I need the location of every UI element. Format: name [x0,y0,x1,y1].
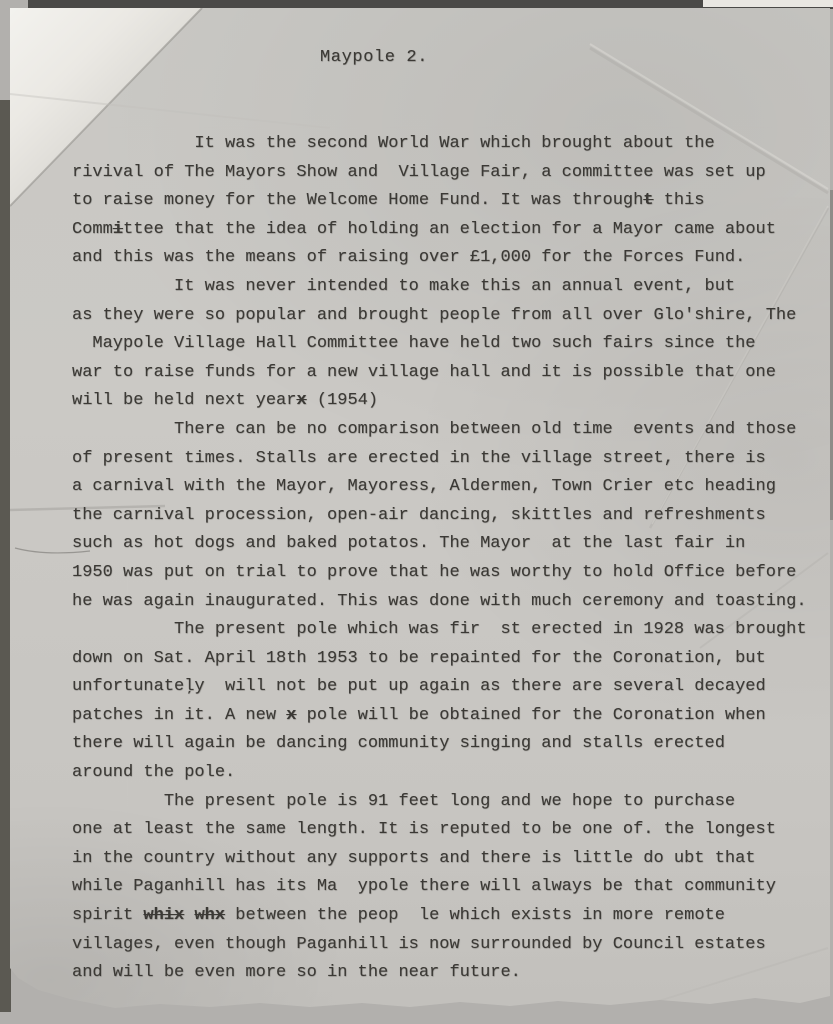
page-title: Maypole 2. [320,48,428,67]
text-line: and will be even more so in the near fut… [72,959,807,988]
text-line: unfortunateļy will not be put up again a… [72,673,807,702]
text-line: patches in it. A new x pole will be obta… [72,702,807,731]
text-line: rivival of The Mayors Show and Village F… [72,159,807,188]
text-line: he was again inaugurated. This was done … [72,588,807,617]
text-line: 1950 was put on trial to prove that he w… [72,559,807,588]
text-line: It was never intended to make this an an… [72,273,807,302]
paper-sheet: Maypole 2. It was the second World War w… [10,8,830,1010]
text-line: The present pole which was fir st erecte… [72,616,807,645]
text-line: a carnival with the Mayor, Mayoress, Ald… [72,473,807,502]
paper-edge-sliver [703,0,833,7]
text-line: will be held next yearx (1954) [72,387,807,416]
text-line: Committee that the idea of holding an el… [72,216,807,245]
text-line: such as hot dogs and baked potatos. The … [72,530,807,559]
scanned-document-page: Maypole 2. It was the second World War w… [0,0,833,1024]
scanner-edge-left [0,100,11,1012]
text-line: there will again be dancing community si… [72,730,807,759]
text-line: while Paganhill has its Ma ypole there w… [72,873,807,902]
text-line: the carnival procession, open-air dancin… [72,502,807,531]
text-line: villages, even though Paganhill is now s… [72,931,807,960]
typewritten-text: It was the second World War which brough… [72,130,807,988]
text-line: Maypole Village Hall Committee have held… [72,330,807,359]
text-line: in the country without any supports and … [72,845,807,874]
text-line: war to raise funds for a new village hal… [72,359,807,388]
text-line: of present times. Stalls are erected in … [72,445,807,474]
overstruck-text: i [113,220,123,239]
overstruck-text: whix [143,906,184,925]
text-line: and this was the means of raising over £… [72,244,807,273]
text-line: The present pole is 91 feet long and we … [72,788,807,817]
text-line: There can be no comparison between old t… [72,416,807,445]
overstruck-text: x [296,391,306,410]
overstruck-text: t [643,191,653,210]
text-line: It was the second World War which brough… [72,130,807,159]
text-line: down on Sat. April 18th 1953 to be repai… [72,645,807,674]
text-line: spirit whix whx between the peop le whic… [72,902,807,931]
overstruck-text: whx [194,906,225,925]
text-line: to raise money for the Welcome Home Fund… [72,187,807,216]
text-line: one at least the same length. It is repu… [72,816,807,845]
text-line: as they were so popular and brought peop… [72,302,807,331]
overstruck-text: x [286,706,296,725]
text-line: around the pole. [72,759,807,788]
